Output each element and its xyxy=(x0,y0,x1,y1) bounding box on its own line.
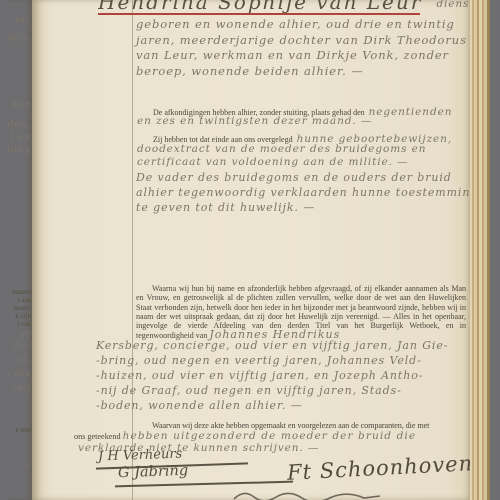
previous-page-edge: er-gijn.danden,t anningnament aanbeant-k… xyxy=(8,0,32,500)
prev-page-text-fragment: k zijn xyxy=(15,312,31,320)
prev-page-text-fragment: beant- xyxy=(14,304,32,312)
handwritten-line: De vader des bruidegoms en de ouders der… xyxy=(136,170,470,185)
handwritten-line: geboren en wonende alhier, oud drie en t… xyxy=(136,17,470,33)
handwritten-line: jaren, meerderjarige dochter van Dirk Th… xyxy=(136,33,470,49)
prev-page-text-fragment: ~ xyxy=(23,461,31,471)
closing-printed-continuation: ons geteekend xyxy=(74,432,121,441)
signature-witness-1: J H Verheurs xyxy=(98,447,183,465)
prev-page-text-fragment: dan xyxy=(11,100,31,110)
bride-details-block: geboren en wonende alhier, oud drie en t… xyxy=(136,17,470,79)
signature-witness-2: G Jabring xyxy=(118,463,189,481)
witnesses-block: Kersberg, concierge, oud vier en vijftig… xyxy=(96,338,476,413)
handwritten-line: -huizen, oud vier en vijftig jaren, en J… xyxy=(96,368,476,383)
prev-page-text-fragment: t aan xyxy=(18,296,31,304)
prev-page-text-fragment: l van xyxy=(17,320,31,328)
signature-official: Ft Schoonhoven xyxy=(286,451,473,485)
vows-paragraph: Waarna wij hun bij name en afzonderlijk … xyxy=(136,284,466,341)
signature-flourish-2 xyxy=(115,481,293,487)
record-page: Hendrina Sophije van Leur dienstbode, ge… xyxy=(32,0,470,500)
prev-page-text-fragment: ning xyxy=(8,145,31,155)
red-underline xyxy=(98,13,420,15)
prev-page-text-fragment: mij xyxy=(14,384,31,394)
prev-page-text-fragment: et xyxy=(20,330,31,340)
handwritten-line: te geven tot dit huwelijk. — xyxy=(136,200,470,215)
document-scan: er-gijn.danden,t anningnament aanbeant-k… xyxy=(0,0,500,500)
prev-page-text-fragment: gijn. xyxy=(8,33,31,43)
prev-page-text-fragment: Za- xyxy=(14,341,31,351)
documents-handwritten-3: certificaat van voldoening aan de militi… xyxy=(137,156,409,168)
handwritten-line: -nij de Graaf, oud negen en vijftig jare… xyxy=(96,383,476,398)
closing-handwritten: hebben uitgezonderd de moeder der bruid … xyxy=(123,430,417,442)
prev-page-text-fragment: er- xyxy=(16,16,31,26)
prev-page-text-fragment: namen xyxy=(12,288,31,296)
prev-page-text-fragment: t an xyxy=(10,133,31,143)
bride-occupation: dienstbode, xyxy=(436,0,470,14)
handwritten-line: -bring, oud negen en veertig jaren, Joha… xyxy=(96,353,476,368)
banns-date-handwritten: negentienden xyxy=(369,106,453,118)
prev-page-text-fragment: al. xyxy=(17,355,31,365)
handwritten-line: van Leur, werkman en van Dirkje Vonk, zo… xyxy=(136,48,470,64)
closing-printed-line: Waarvan wij deze akte hebben opgemaakt e… xyxy=(152,421,429,430)
parental-consent-block: De vader des bruidegoms en de ouders der… xyxy=(136,170,470,215)
handwritten-line: beroep, wonende beiden alhier. — xyxy=(136,64,470,80)
handwritten-line: -boden, wonende allen alhier. — xyxy=(96,398,476,413)
record-header: Hendrina Sophije van Leur dienstbode, xyxy=(98,0,470,14)
prev-page-text-fragment: o ala xyxy=(8,369,31,379)
prev-page-text-fragment: e met xyxy=(16,426,31,434)
margin-rule-line xyxy=(132,0,133,500)
page-edge-stack xyxy=(470,0,490,500)
banns-date-continuation: en zes en twintigsten dezer maand. — xyxy=(137,115,372,127)
handwritten-line: Kersberg, concierge, oud vier en vijftig… xyxy=(96,338,476,353)
closing-mixed-line: ons geteekend hebben uitgezonderd de moe… xyxy=(74,430,416,442)
documents-handwritten-2: doodextract van de moeder des bruidegoms… xyxy=(137,143,426,155)
prev-page-text-fragment: den, xyxy=(8,120,31,130)
handwritten-line: alhier tegenwoordig verklaarden hunne to… xyxy=(136,185,470,200)
bride-name: Hendrina Sophije van Leur xyxy=(98,0,422,14)
partial-signature-stroke xyxy=(232,489,382,500)
